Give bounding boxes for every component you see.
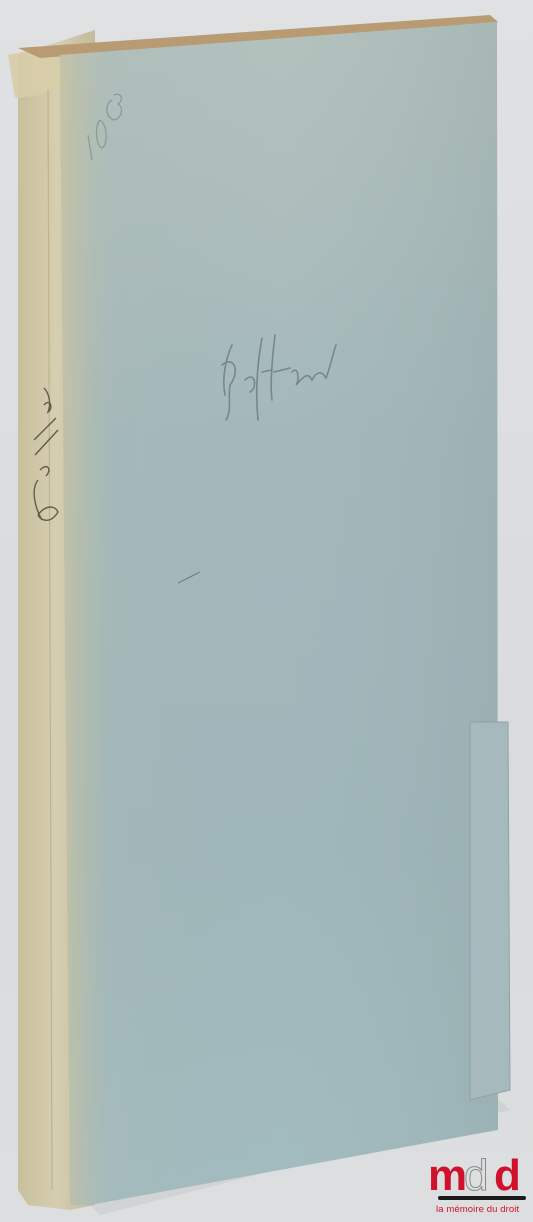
logo-tagline: la mémoire du droit xyxy=(436,1204,519,1215)
mdd-logo-icon: m d d xyxy=(428,1152,528,1194)
cover-shading xyxy=(60,22,498,1205)
book-photo: m d d la mémoire du droit xyxy=(0,0,533,1222)
svg-text:m: m xyxy=(428,1152,465,1194)
torn-flap xyxy=(470,722,510,1100)
svg-text:d: d xyxy=(494,1152,519,1194)
book-illustration xyxy=(0,0,533,1222)
watermark-logo: m d d la mémoire du droit xyxy=(428,1152,528,1218)
svg-text:d: d xyxy=(464,1152,486,1194)
logo-underline xyxy=(438,1196,526,1200)
